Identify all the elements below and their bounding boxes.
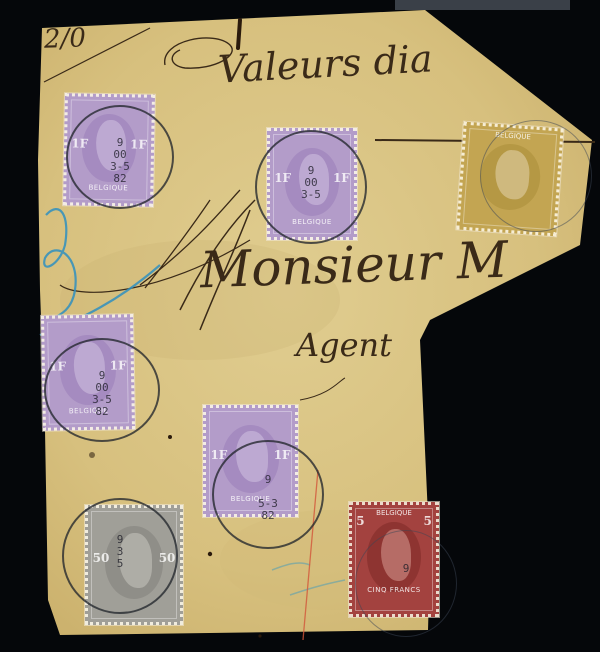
stamp-denomination-right: 50 bbox=[159, 551, 176, 565]
stamp-value-text: CINQ FRANCS bbox=[362, 586, 426, 599]
stamp-violet-1f-lower-center: 1F 1F BELGIQUE bbox=[203, 405, 298, 517]
stamp-denomination-left: 1F bbox=[71, 137, 88, 151]
stamp-denomination-left: 1F bbox=[49, 360, 66, 374]
background-card-edge bbox=[395, 0, 570, 10]
stamp-violet-1f-top-center: 1F 1F BELGIQUE bbox=[267, 128, 357, 240]
stamp-country: BELGIQUE bbox=[367, 509, 421, 520]
stamp-country: BELGIQUE bbox=[76, 183, 140, 197]
stamp-denomination-left: 1F bbox=[210, 448, 227, 462]
cover-fragment-photo: 2/0 Valeurs dia Monsieur M Agent 1F 1F B… bbox=[0, 0, 600, 652]
stamp-denomination-left: 1F bbox=[274, 171, 291, 185]
stamp-grey-50c-bottom-left: 50 50 bbox=[85, 505, 183, 625]
stamp-denomination-right: 1F bbox=[130, 138, 147, 152]
manuscript-corner-note: 2/0 bbox=[43, 23, 86, 54]
stamp-denomination-right: 5 bbox=[423, 514, 431, 528]
stamp-country: BELGIQUE bbox=[280, 218, 344, 231]
manuscript-line-agent: Agent bbox=[296, 326, 392, 364]
stamp-denomination-right: 1F bbox=[333, 171, 350, 185]
stamp-violet-1f-top-left: 1F 1F BELGIQUE bbox=[63, 93, 155, 207]
stamp-country: BELGIQUE bbox=[56, 407, 122, 421]
stamp-denomination-right: 1F bbox=[110, 359, 127, 373]
stamp-denomination-right: 1F bbox=[274, 448, 291, 462]
stamp-violet-1f-middle-left: 1F 1F BELGIQUE bbox=[41, 314, 135, 431]
stamp-denomination-left: 5 bbox=[356, 514, 364, 528]
stamp-denomination-left: 50 bbox=[93, 551, 110, 565]
manuscript-line-monsieur: Monsieur M bbox=[199, 231, 509, 300]
stamp-red-5-francs-bottom-right: BELGIQUE 5 5 CINQ FRANCS bbox=[349, 502, 439, 617]
stamp-country: BELGIQUE bbox=[217, 495, 285, 508]
stamp-ochre-top-right: BELGIQUE bbox=[456, 122, 563, 237]
